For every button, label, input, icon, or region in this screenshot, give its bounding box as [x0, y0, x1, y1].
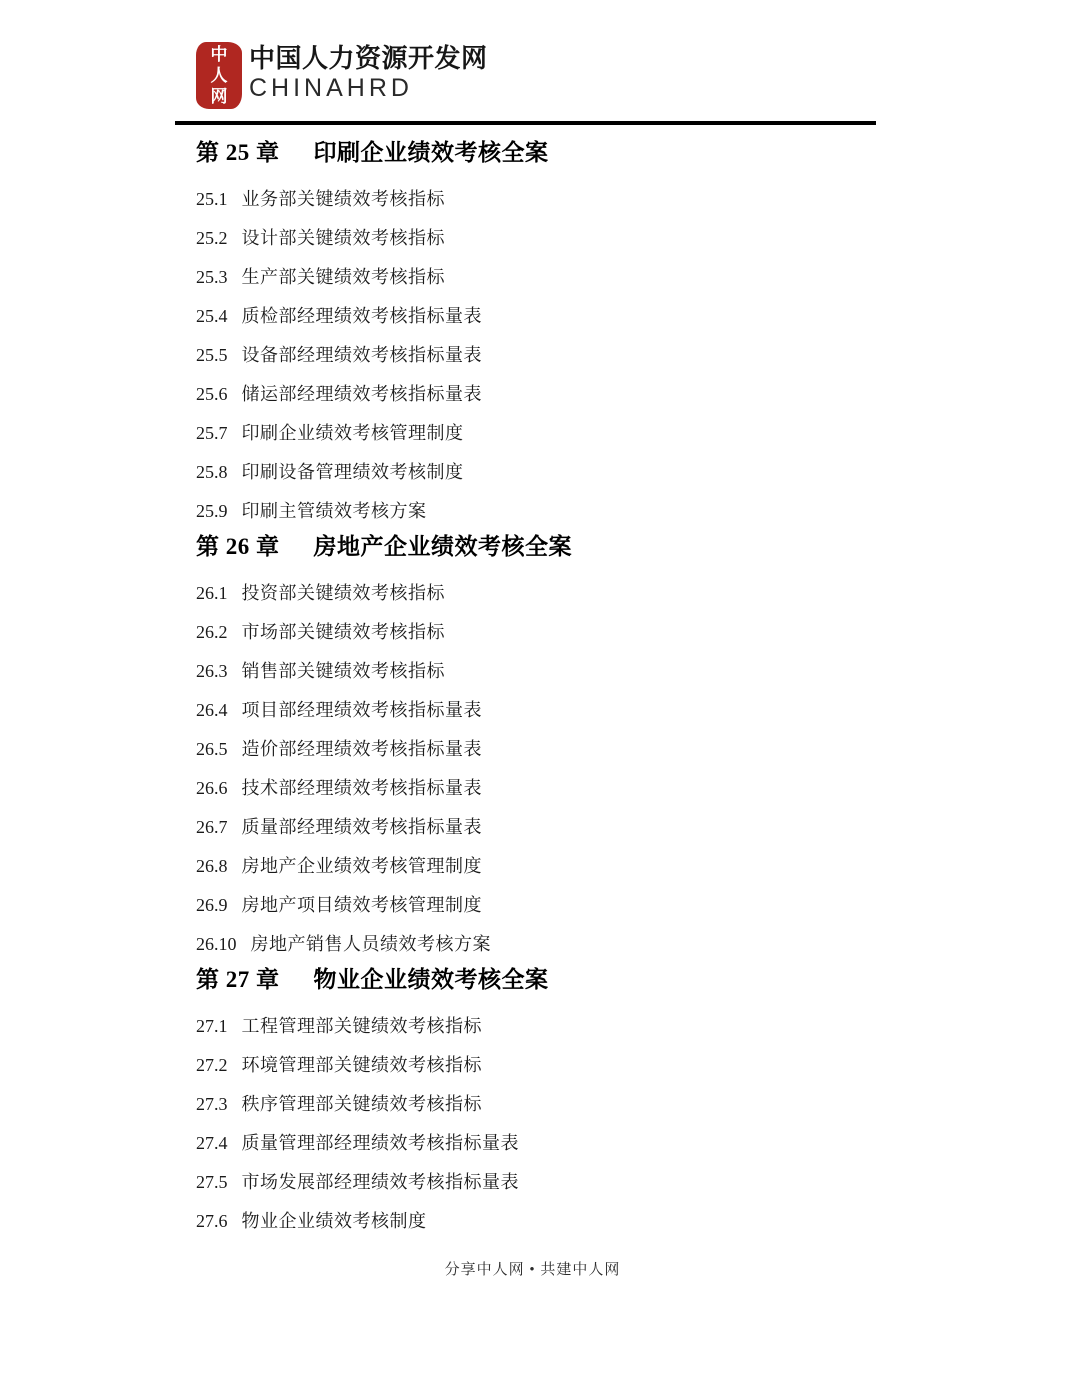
- section-title: 质检部经理绩效考核指标量表: [242, 297, 483, 336]
- section-title: 印刷设备管理绩效考核制度: [242, 453, 464, 492]
- section-number: 25.1: [196, 180, 228, 219]
- chapter-title: 物业企业绩效考核全案: [314, 967, 549, 992]
- toc-entry: 26.2市场部关键绩效考核指标: [196, 613, 886, 652]
- section-title: 造价部经理绩效考核指标量表: [242, 730, 483, 769]
- chapter-entry-list: 27.1工程管理部关键绩效考核指标27.2环境管理部关键绩效考核指标27.3秩序…: [196, 1007, 886, 1241]
- section-number: 26.3: [196, 652, 228, 691]
- section-number: 27.3: [196, 1085, 228, 1124]
- chapter-title: 房地产企业绩效考核全案: [314, 534, 573, 559]
- section-number: 26.6: [196, 769, 228, 808]
- section-title: 质量管理部经理绩效考核指标量表: [242, 1124, 520, 1163]
- section-title: 技术部经理绩效考核指标量表: [242, 769, 483, 808]
- toc-entry: 26.9房地产项目绩效考核管理制度: [196, 886, 886, 925]
- section-number: 25.2: [196, 219, 228, 258]
- toc-entry: 27.1工程管理部关键绩效考核指标: [196, 1007, 886, 1046]
- seal-char-top: 中: [211, 44, 228, 65]
- logo-name-chinese: 中国人力资源开发网: [249, 43, 488, 74]
- chinahrd-seal-logo: 中 人 网: [196, 42, 242, 109]
- section-number: 26.9: [196, 886, 228, 925]
- chapter-section: 第 26 章房地产企业绩效考核全案26.1投资部关键绩效考核指标26.2市场部关…: [196, 531, 886, 964]
- toc-entry: 25.2设计部关键绩效考核指标: [196, 219, 886, 258]
- chapter-section: 第 25 章印刷企业绩效考核全案25.1业务部关键绩效考核指标25.2设计部关键…: [196, 137, 886, 531]
- section-number: 26.10: [196, 925, 237, 964]
- section-number: 25.3: [196, 258, 228, 297]
- section-title: 设备部经理绩效考核指标量表: [242, 336, 483, 375]
- seal-char-middle: 人: [211, 65, 228, 86]
- toc-entry: 26.7质量部经理绩效考核指标量表: [196, 808, 886, 847]
- toc-entry: 26.1投资部关键绩效考核指标: [196, 574, 886, 613]
- header-divider-line: [175, 121, 876, 125]
- section-title: 投资部关键绩效考核指标: [242, 574, 446, 613]
- section-title: 生产部关键绩效考核指标: [242, 258, 446, 297]
- logo-wordmark: 中国人力资源开发网 CHINAHRD: [249, 42, 488, 102]
- toc-entry: 25.9印刷主管绩效考核方案: [196, 492, 886, 531]
- chapter-entry-list: 25.1业务部关键绩效考核指标25.2设计部关键绩效考核指标25.3生产部关键绩…: [196, 180, 886, 531]
- toc-entry: 27.6物业企业绩效考核制度: [196, 1202, 886, 1241]
- section-title: 市场部关键绩效考核指标: [242, 613, 446, 652]
- toc-entry: 27.3秩序管理部关键绩效考核指标: [196, 1085, 886, 1124]
- section-number: 26.5: [196, 730, 228, 769]
- section-title: 印刷企业绩效考核管理制度: [242, 414, 464, 453]
- chapter-number-label: 第 27 章: [196, 967, 280, 992]
- toc-entry: 27.5市场发展部经理绩效考核指标量表: [196, 1163, 886, 1202]
- toc-entry: 25.6储运部经理绩效考核指标量表: [196, 375, 886, 414]
- chapter-section: 第 27 章物业企业绩效考核全案27.1工程管理部关键绩效考核指标27.2环境管…: [196, 964, 886, 1241]
- section-title: 业务部关键绩效考核指标: [242, 180, 446, 219]
- chapter-entry-list: 26.1投资部关键绩效考核指标26.2市场部关键绩效考核指标26.3销售部关键绩…: [196, 574, 886, 964]
- section-title: 印刷主管绩效考核方案: [242, 492, 427, 531]
- chapter-heading: 第 26 章房地产企业绩效考核全案: [196, 531, 886, 562]
- chapter-title: 印刷企业绩效考核全案: [314, 140, 549, 165]
- chapter-heading: 第 27 章物业企业绩效考核全案: [196, 964, 886, 995]
- section-title: 物业企业绩效考核制度: [242, 1202, 427, 1241]
- chapter-number-label: 第 26 章: [196, 534, 280, 559]
- toc-entry: 26.8房地产企业绩效考核管理制度: [196, 847, 886, 886]
- toc-entry: 25.4质检部经理绩效考核指标量表: [196, 297, 886, 336]
- section-number: 26.4: [196, 691, 228, 730]
- section-number: 25.5: [196, 336, 228, 375]
- toc-entry: 25.3生产部关键绩效考核指标: [196, 258, 886, 297]
- section-number: 25.6: [196, 375, 228, 414]
- section-number: 27.5: [196, 1163, 228, 1202]
- section-number: 26.8: [196, 847, 228, 886]
- toc-entry: 26.10房地产销售人员绩效考核方案: [196, 925, 886, 964]
- page-footer: 分享中人网 • 共建中人网: [0, 1258, 1065, 1279]
- toc-entry: 27.2环境管理部关键绩效考核指标: [196, 1046, 886, 1085]
- toc-entry: 26.4项目部经理绩效考核指标量表: [196, 691, 886, 730]
- section-title: 房地产销售人员绩效考核方案: [251, 925, 492, 964]
- seal-char-bottom: 网: [211, 86, 228, 107]
- table-of-contents: 第 25 章印刷企业绩效考核全案25.1业务部关键绩效考核指标25.2设计部关键…: [196, 137, 886, 1241]
- section-number: 25.8: [196, 453, 228, 492]
- section-number: 27.2: [196, 1046, 228, 1085]
- section-number: 26.2: [196, 613, 228, 652]
- section-title: 储运部经理绩效考核指标量表: [242, 375, 483, 414]
- section-title: 市场发展部经理绩效考核指标量表: [242, 1163, 520, 1202]
- site-logo: 中 人 网 中国人力资源开发网 CHINAHRD: [196, 0, 886, 109]
- section-number: 27.6: [196, 1202, 228, 1241]
- toc-entry: 25.1业务部关键绩效考核指标: [196, 180, 886, 219]
- section-number: 25.7: [196, 414, 228, 453]
- logo-name-english: CHINAHRD: [249, 74, 488, 102]
- section-number: 25.4: [196, 297, 228, 336]
- section-title: 销售部关键绩效考核指标: [242, 652, 446, 691]
- section-number: 25.9: [196, 492, 228, 531]
- document-page: 中 人 网 中国人力资源开发网 CHINAHRD 第 25 章印刷企业绩效考核全…: [0, 0, 1065, 1378]
- section-number: 27.1: [196, 1007, 228, 1046]
- section-title: 秩序管理部关键绩效考核指标: [242, 1085, 483, 1124]
- section-number: 27.4: [196, 1124, 228, 1163]
- toc-entry: 26.5造价部经理绩效考核指标量表: [196, 730, 886, 769]
- section-number: 26.1: [196, 574, 228, 613]
- footer-slogan: 分享中人网 • 共建中人网: [445, 1262, 621, 1278]
- section-title: 质量部经理绩效考核指标量表: [242, 808, 483, 847]
- toc-entry: 27.4质量管理部经理绩效考核指标量表: [196, 1124, 886, 1163]
- toc-entry: 25.8印刷设备管理绩效考核制度: [196, 453, 886, 492]
- section-title: 设计部关键绩效考核指标: [242, 219, 446, 258]
- toc-entry: 25.7印刷企业绩效考核管理制度: [196, 414, 886, 453]
- chapter-heading: 第 25 章印刷企业绩效考核全案: [196, 137, 886, 168]
- section-title: 项目部经理绩效考核指标量表: [242, 691, 483, 730]
- toc-entry: 26.3销售部关键绩效考核指标: [196, 652, 886, 691]
- section-title: 环境管理部关键绩效考核指标: [242, 1046, 483, 1085]
- chapter-number-label: 第 25 章: [196, 140, 280, 165]
- section-title: 房地产项目绩效考核管理制度: [242, 886, 483, 925]
- section-title: 房地产企业绩效考核管理制度: [242, 847, 483, 886]
- section-number: 26.7: [196, 808, 228, 847]
- toc-entry: 26.6技术部经理绩效考核指标量表: [196, 769, 886, 808]
- section-title: 工程管理部关键绩效考核指标: [242, 1007, 483, 1046]
- toc-entry: 25.5设备部经理绩效考核指标量表: [196, 336, 886, 375]
